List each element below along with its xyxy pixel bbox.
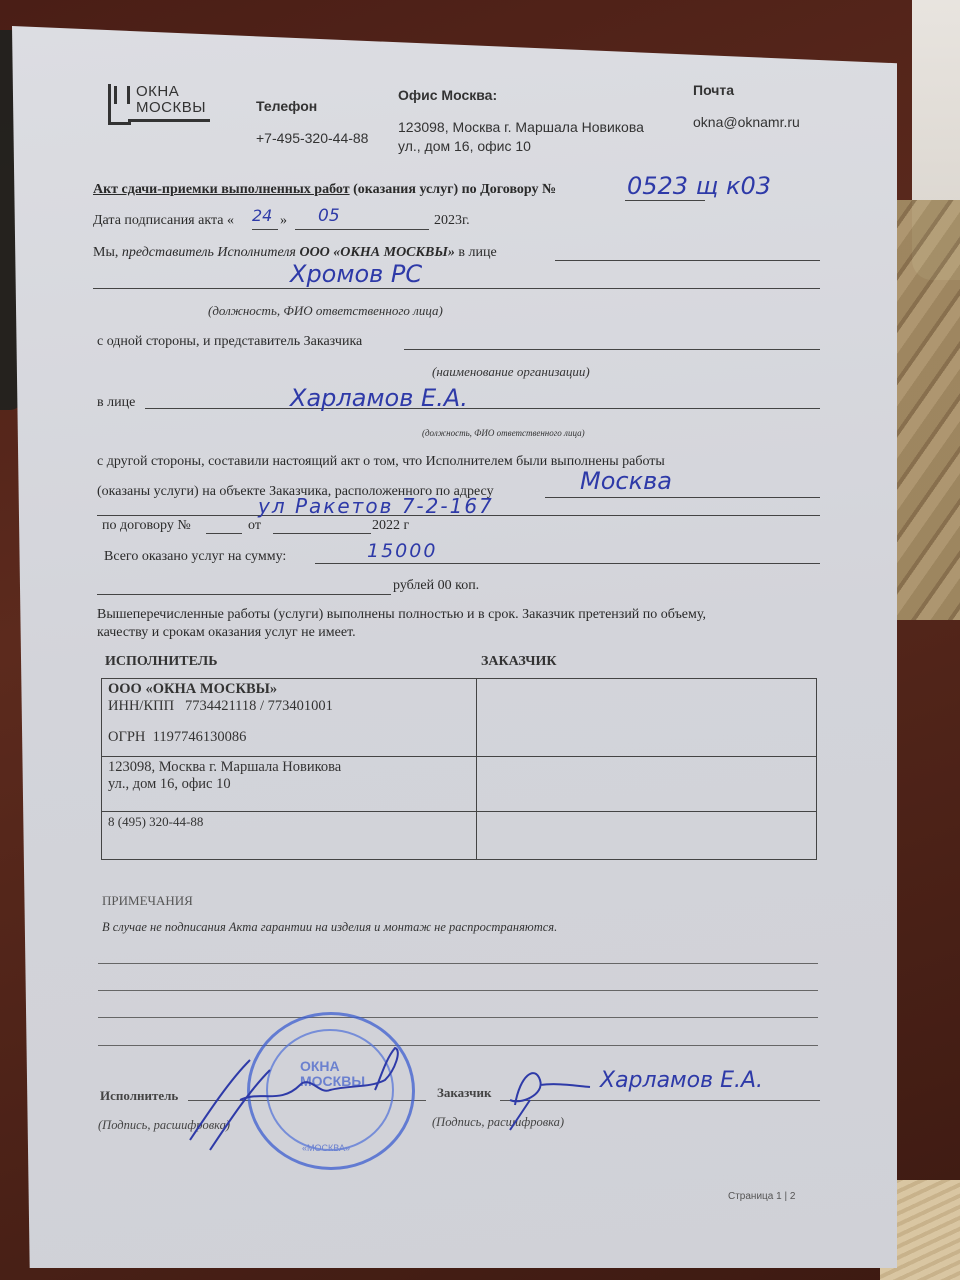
customer-rep-label: с одной стороны, и представитель Заказчи… (97, 334, 362, 350)
intro-italic: представитель Исполнителя (122, 245, 300, 260)
act-title-rest: (оказания услуг) по Договору № (350, 182, 557, 197)
contract-ref-from: от (248, 518, 261, 534)
executor-address-cell: 123098, Москва г. Маршала Новикова ул., … (102, 757, 477, 812)
date-month-handwritten: 05 (318, 206, 340, 226)
total-words-line (97, 594, 391, 595)
logo-underline (128, 119, 210, 122)
date-day-handwritten: 24 (252, 206, 272, 225)
company-logo: ОКНА МОСКВЫ (108, 84, 210, 126)
requisites-table: ООО «ОКНА МОСКВЫ» ИНН/КПП 7734421118 / 7… (101, 678, 817, 860)
intro-prefix: Мы, (93, 245, 122, 260)
executor-intro: Мы, представитель Исполнителя ООО «ОКНА … (93, 245, 497, 261)
customer-sign-label: Заказчик (437, 1085, 491, 1101)
completion-text-2: качеству и срокам оказания услуг не имее… (97, 625, 356, 641)
executor-inn: ИНН/КПП 7734421118 / 773401001 (108, 698, 470, 715)
address-line-1 (545, 497, 820, 498)
address-street-handwritten: ул Ракетов 7-2-167 (258, 494, 494, 518)
customer-phone-cell (477, 812, 817, 860)
background-carpet (895, 200, 960, 620)
email-value: okna@oknamr.ru (693, 114, 800, 130)
office-line1: 123098, Москва г. Маршала Новикова (398, 119, 644, 135)
logo-line1: ОКНА (136, 84, 206, 100)
contract-number-line (625, 200, 705, 201)
executor-header: ИСПОЛНИТЕЛЬ (105, 654, 217, 670)
executor-phone-cell: 8 (495) 320-44-88 (102, 812, 477, 860)
customer-name-handwritten: Харламов Е.А. (290, 384, 468, 412)
date-label: Дата подписания акта « (93, 213, 234, 229)
phone-value: +7-495-320-44-88 (256, 130, 368, 146)
notes-header: ПРИМЕЧАНИЯ (102, 893, 193, 909)
notes-line-1 (98, 963, 818, 964)
office-line2: ул., дом 16, офис 10 (398, 138, 531, 154)
in-person-label: в лице (97, 395, 135, 411)
customer-header: ЗАКАЗЧИК (481, 654, 557, 670)
contract-number-handwritten: 0523 щ к03 (627, 172, 771, 200)
customer-signature-icon (500, 1055, 600, 1135)
notes-line-3 (98, 1017, 818, 1018)
customer-caption: (должность, ФИО ответственного лица) (422, 428, 585, 438)
date-month-line (295, 229, 429, 230)
executor-ogrn: ОГРН 1197746130086 (108, 729, 470, 746)
customer-address-cell (477, 757, 817, 812)
executor-company-cell: ООО «ОКНА МОСКВЫ» ИНН/КПП 7734421118 / 7… (102, 679, 477, 757)
total-value-handwritten: 15000 (367, 540, 437, 562)
notes-text: В случае не подписания Акта гарантии на … (102, 920, 557, 935)
inn-label: ИНН/КПП (108, 698, 174, 714)
logo-text: ОКНА МОСКВЫ (136, 84, 206, 116)
total-line (315, 563, 820, 564)
contract-ref-year: 2022 г (372, 518, 409, 534)
intro-company: ООО «ОКНА МОСКВЫ» (299, 245, 454, 260)
date-close-quote: » (280, 213, 287, 229)
contract-ref-label: по договору № (102, 518, 191, 534)
executor-phone: 8 (495) 320-44-88 (108, 814, 470, 830)
notes-line-2 (98, 990, 818, 991)
inn-value: 7734421118 / 773401001 (185, 698, 333, 714)
executor-company: ООО «ОКНА МОСКВЫ» (108, 681, 470, 698)
rubles-suffix: рублей 00 коп. (393, 578, 479, 594)
total-label: Всего оказано услуг на сумму: (104, 549, 286, 565)
executor-name-handwritten: Хромов РС (290, 260, 422, 288)
customer-sign-handwritten: Харламов Е.А. (600, 1068, 763, 1093)
executor-caption: (должность, ФИО ответственного лица) (208, 303, 443, 319)
office-label: Офис Москва: (398, 87, 497, 103)
customer-org-line (404, 349, 820, 350)
executor-address-2: ул., дом 16, офис 10 (108, 776, 470, 793)
date-year: 2023г. (434, 213, 470, 229)
customer-name-line (145, 408, 820, 409)
page-number: Страница 1 | 2 (728, 1191, 795, 1202)
ogrn-value: 1197746130086 (153, 729, 247, 745)
intro-suffix: в лице (455, 245, 497, 260)
executor-name-line-2 (93, 288, 820, 289)
executor-signature-icon (180, 1040, 420, 1160)
logo-line2: МОСКВЫ (136, 100, 206, 116)
executor-name-line-1 (555, 260, 820, 261)
act-title-underlined: Акт сдачи-приемки выполненных работ (93, 182, 350, 197)
contract-ref-date-line (273, 533, 371, 534)
act-title: Акт сдачи-приемки выполненных работ (ока… (93, 182, 556, 198)
date-day-line (252, 229, 278, 230)
ogrn-label: ОГРН (108, 729, 145, 745)
email-label: Почта (693, 82, 734, 98)
executor-address-1: 123098, Москва г. Маршала Новикова (108, 759, 470, 776)
contract-ref-number-line (206, 533, 242, 534)
phone-label: Телефон (256, 98, 317, 114)
customer-company-cell (477, 679, 817, 757)
org-caption: (наименование организации) (432, 364, 590, 380)
completion-text-1: Вышеперечисленные работы (услуги) выполн… (97, 607, 706, 623)
executor-sign-label: Исполнитель (100, 1088, 178, 1104)
address-city-handwritten: Москва (580, 467, 672, 495)
